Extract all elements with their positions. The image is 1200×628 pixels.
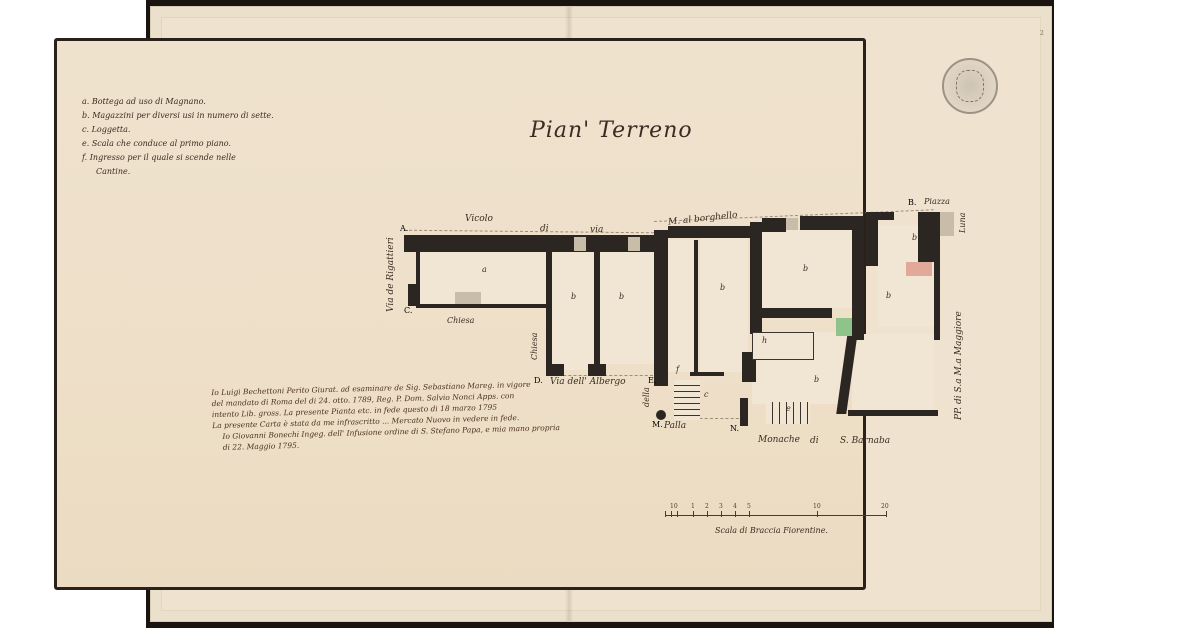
room-b1 bbox=[552, 252, 594, 370]
hearth-patch bbox=[455, 292, 481, 304]
plan-title: Pian' Terreno bbox=[530, 118, 693, 143]
wall-b5-north-east bbox=[918, 212, 940, 262]
green-room bbox=[836, 318, 852, 336]
room-label-c: c bbox=[704, 390, 708, 399]
scale-label: 10 bbox=[813, 503, 821, 510]
wall-b5-west bbox=[866, 214, 878, 266]
scale-tick bbox=[886, 511, 887, 517]
street-label-rigattieri: Via de Rigattieri bbox=[386, 232, 396, 312]
scale-tick bbox=[665, 511, 666, 517]
wall-b4-north-1 bbox=[762, 218, 786, 232]
room-a bbox=[420, 252, 550, 304]
street-label-luna: Luna bbox=[958, 203, 967, 233]
room-b2 bbox=[600, 252, 654, 364]
church-label: Chiesa bbox=[447, 316, 474, 325]
room-label-f: f bbox=[676, 365, 679, 374]
scale-bar: 10 1 2 3 4 5 10 20 bbox=[665, 515, 887, 516]
point-b: B. bbox=[908, 198, 916, 207]
page-number: 2 bbox=[1040, 30, 1044, 37]
room-b7 bbox=[852, 334, 934, 416]
wall-n-corner bbox=[740, 398, 748, 426]
scale-label: 5 bbox=[747, 503, 751, 510]
wall-pier-1 bbox=[546, 364, 564, 376]
scale-label: 3 bbox=[719, 503, 723, 510]
point-n: N. bbox=[730, 424, 739, 433]
stairs-cantine bbox=[674, 380, 700, 420]
wall-corner-c bbox=[408, 284, 420, 306]
wall-b7-south bbox=[848, 410, 938, 416]
wall-f-threshold bbox=[690, 372, 724, 376]
street-label-via: via bbox=[590, 225, 603, 235]
scale-label: 10 bbox=[670, 503, 678, 510]
wall-central bbox=[654, 230, 668, 380]
scale-caption: Scala di Braccia Fiorentine. bbox=[715, 526, 828, 535]
street-label-santa-maria: PP. di S.a M.a Maggiore bbox=[954, 280, 964, 420]
street-label-vicolo: Vicolo bbox=[465, 214, 493, 224]
scale-tick bbox=[707, 511, 708, 517]
wall-corridor-east bbox=[694, 240, 698, 374]
scale-tick bbox=[677, 511, 678, 517]
street-label-di-2: di bbox=[810, 436, 819, 446]
wall-east bbox=[934, 258, 940, 340]
alley-label: della bbox=[642, 385, 651, 407]
wall-b5-north bbox=[866, 212, 894, 220]
street-label-di: di bbox=[540, 224, 549, 234]
scale-label: 20 bbox=[881, 503, 889, 510]
church-label-vertical: Chiesa bbox=[530, 330, 539, 360]
room-label-a: a bbox=[482, 265, 487, 274]
point-m: M. bbox=[652, 420, 663, 429]
wall-b4-west bbox=[750, 222, 762, 334]
wall-north-mid bbox=[668, 226, 758, 238]
legend-item-a: a. Bottega ad uso di Magnano. bbox=[82, 95, 274, 109]
notary-attestation: Io Luigi Bechettoni Perito Giurat. ad es… bbox=[211, 377, 603, 453]
street-label-piazza: Piazza bbox=[924, 197, 950, 206]
legend-item-b: b. Magazzini per diversi usi in numero d… bbox=[82, 109, 274, 123]
wall-b-divider bbox=[594, 252, 600, 364]
scale-label: 4 bbox=[733, 503, 737, 510]
wall-chiesa-east bbox=[546, 252, 552, 376]
scale-label: 1 bbox=[691, 503, 695, 510]
coat-of-arms-icon bbox=[956, 70, 984, 102]
room-label-b: b bbox=[720, 283, 725, 292]
room-label-h: h bbox=[762, 336, 767, 345]
legend-item-f-cont: Cantine. bbox=[82, 165, 274, 179]
room-label-e: e bbox=[786, 404, 791, 413]
well-icon bbox=[656, 410, 666, 420]
room-label-b: b bbox=[619, 292, 624, 301]
wall-b4-east bbox=[852, 216, 864, 340]
wall-north-west bbox=[404, 235, 654, 252]
room-label-b: b bbox=[803, 264, 808, 273]
legend: a. Bottega ad uso di Magnano. b. Magazzi… bbox=[82, 95, 274, 179]
scale-tick bbox=[817, 511, 818, 517]
room-b3 bbox=[700, 232, 748, 372]
wall-b4-south bbox=[762, 308, 832, 318]
room-label-b: b bbox=[571, 292, 576, 301]
street-label-monache: Monache bbox=[758, 435, 800, 445]
room-label-b: b bbox=[912, 233, 917, 242]
room-label-b: b bbox=[814, 375, 819, 384]
street-label-palla: Palla bbox=[664, 421, 686, 431]
wall-room-a-south bbox=[416, 304, 552, 308]
doorway-1 bbox=[574, 237, 586, 251]
legend-item-f: f. Ingresso per il quale si scende nelle bbox=[82, 151, 274, 165]
wall-pier-2 bbox=[588, 364, 606, 376]
scale-tick bbox=[671, 511, 672, 517]
street-label-barnaba: S. Barnaba bbox=[840, 436, 890, 446]
scale-tick bbox=[693, 511, 694, 517]
point-a: A. bbox=[400, 224, 408, 233]
corner-patch bbox=[940, 212, 954, 236]
room-label-b: b bbox=[886, 291, 891, 300]
scale-tick bbox=[749, 511, 750, 517]
scale-tick bbox=[721, 511, 722, 517]
doorway-2 bbox=[628, 237, 640, 251]
point-c: C. bbox=[404, 306, 412, 315]
point-e: E. bbox=[648, 376, 656, 385]
scale-label: 2 bbox=[705, 503, 709, 510]
doorway-3 bbox=[786, 218, 798, 230]
library-stamp bbox=[942, 58, 998, 114]
pink-room bbox=[906, 262, 932, 276]
scale-tick bbox=[735, 511, 736, 517]
legend-item-e: e. Scala che conduce al primo piano. bbox=[82, 137, 274, 151]
legend-item-c: c. Loggetta. bbox=[82, 123, 274, 137]
